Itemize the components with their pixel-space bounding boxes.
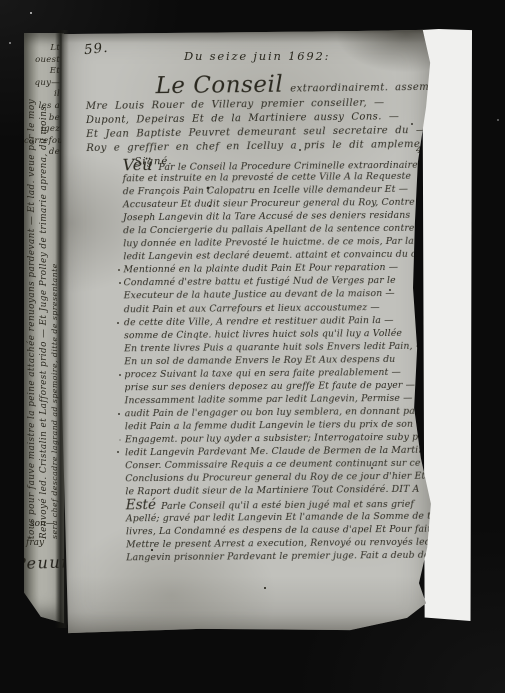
folio-number: 59. [83,40,109,58]
verdict-lines: Apellé; gravé par ledit Langevin Et l'am… [126,509,426,564]
page-gutter-shadow [55,30,69,628]
vertical-marginalia-line: tous pour fauve maistre la peine attaché… [27,165,39,539]
manuscript-page: 59. Du seize juin 1692: 4 Le Conseilextr… [60,28,432,638]
opening-first-line: Le Conseilextraordinairemt. assemblé ou … [85,70,421,100]
vertical-marginalia-line: Renvoyé led. Cristalin et Lafforest prid… [39,165,51,539]
body-lines: faite et instruite en la prevosté de cet… [123,170,423,499]
manuscript-photo: LtouestEtquy—illes abeigezcarrefourde to… [0,0,505,693]
margin-fragment: fray [26,538,44,548]
margin-fragment: son— [30,519,55,529]
opening-initial-flourish: Le Conseil [155,72,283,100]
date-line: Du seize juin 1692: [184,49,330,63]
opening-first-rest: extraordinairemt. assemblé ou estoient [290,81,505,95]
opening-lines: Mre Louis Rouer de Villeray premier cons… [86,96,423,156]
opening-paragraph: Le Conseilextraordinairemt. assemblé ou … [85,70,422,168]
judgment-body: VeüPar le Conseil la Procedure Criminell… [123,157,423,499]
verdict-paragraph: EstéParle Conseil qu'il a esté bien jugé… [126,496,427,564]
manuscript-line: Langevin prisonnier Pardevant le premier… [126,548,426,564]
